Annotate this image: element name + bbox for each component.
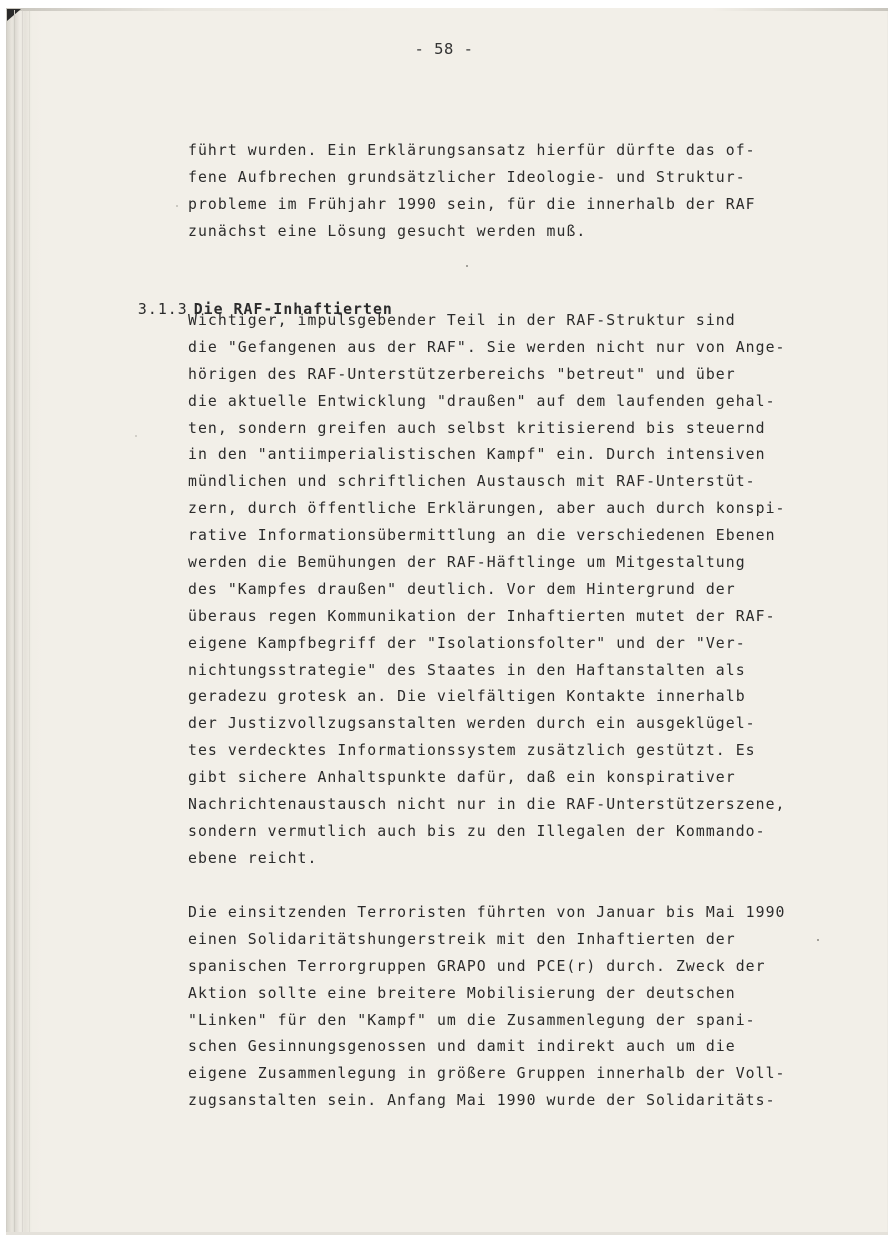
text-line: zern, durch öffentliche Erklärungen, abe… — [188, 496, 848, 523]
text-line: zugsanstalten sein. Anfang Mai 1990 wurd… — [188, 1088, 848, 1115]
scan-speck — [176, 205, 178, 207]
text-line: führt wurden. Ein Erklärungsansatz hierf… — [188, 138, 848, 165]
text-line: werden die Bemühungen der RAF-Häftlinge … — [188, 550, 848, 577]
section-number: 3.1.3 — [138, 301, 188, 318]
binding-spine-line — [14, 10, 15, 1232]
text-line: schen Gesinnungsgenossen und damit indir… — [188, 1034, 848, 1061]
text-line: tes verdecktes Informationssystem zusätz… — [188, 738, 848, 765]
text-line: Die einsitzenden Terroristen führten von… — [188, 900, 848, 927]
text-line: Nachrichtenaustausch nicht nur in die RA… — [188, 792, 848, 819]
scan-speck — [466, 265, 468, 267]
text-line: ten, sondern greifen auch selbst kritisi… — [188, 416, 848, 443]
text-line: nichtungsstrategie" des Staates in den H… — [188, 658, 848, 685]
text-line: eigene Zusammenlegung in größere Gruppen… — [188, 1061, 848, 1088]
text-line: mündlichen und schriftlichen Austausch m… — [188, 469, 848, 496]
text-line: eigene Kampfbegriff der "Isolationsfolte… — [188, 631, 848, 658]
text-line: die aktuelle Entwicklung "draußen" auf d… — [188, 389, 848, 416]
text-line: die "Gefangenen aus der RAF". Sie werden… — [188, 335, 848, 362]
text-line: ebene reicht. — [188, 846, 848, 873]
text-line: geradezu grotesk an. Die vielfältigen Ko… — [188, 684, 848, 711]
page-number: - 58 - — [0, 40, 888, 58]
text-line: gibt sichere Anhaltspunkte dafür, daß ei… — [188, 765, 848, 792]
text-line: "Linken" für den "Kampf" um die Zusammen… — [188, 1008, 848, 1035]
text-line: zunächst eine Lösung gesucht werden muß. — [188, 219, 848, 246]
text-line: spanischen Terrorgruppen GRAPO und PCE(r… — [188, 954, 848, 981]
paragraph-2: Die einsitzenden Terroristen führten von… — [188, 900, 848, 1115]
text-line: in den "antiimperialistischen Kampf" ein… — [188, 442, 848, 469]
scan-speck — [135, 435, 137, 437]
binding-spine-line — [29, 10, 30, 1232]
text-line: probleme im Frühjahr 1990 sein, für die … — [188, 192, 848, 219]
text-line: Aktion sollte eine breitere Mobilisierun… — [188, 981, 848, 1008]
paragraph-continued: führt wurden. Ein Erklärungsansatz hierf… — [188, 138, 848, 246]
page-bottom-edge — [6, 1232, 888, 1235]
text-line: einen Solidaritätshungerstreik mit den I… — [188, 927, 848, 954]
paragraph-1: Wichtiger, impulsgebender Teil in der RA… — [188, 308, 848, 873]
binding-spine-line — [22, 10, 23, 1232]
text-line: rative Informationsübermittlung an die v… — [188, 523, 848, 550]
page-top-edge — [6, 8, 888, 11]
text-line: hörigen des RAF-Unterstützerbereichs "be… — [188, 362, 848, 389]
text-line: überaus regen Kommunikation der Inhaftie… — [188, 604, 848, 631]
text-line: fene Aufbrechen grundsätzlicher Ideologi… — [188, 165, 848, 192]
text-line: der Justizvollzugsanstalten werden durch… — [188, 711, 848, 738]
text-line: Wichtiger, impulsgebender Teil in der RA… — [188, 308, 848, 335]
text-line: des "Kampfes draußen" deutlich. Vor dem … — [188, 577, 848, 604]
text-line: sondern vermutlich auch bis zu den Illeg… — [188, 819, 848, 846]
